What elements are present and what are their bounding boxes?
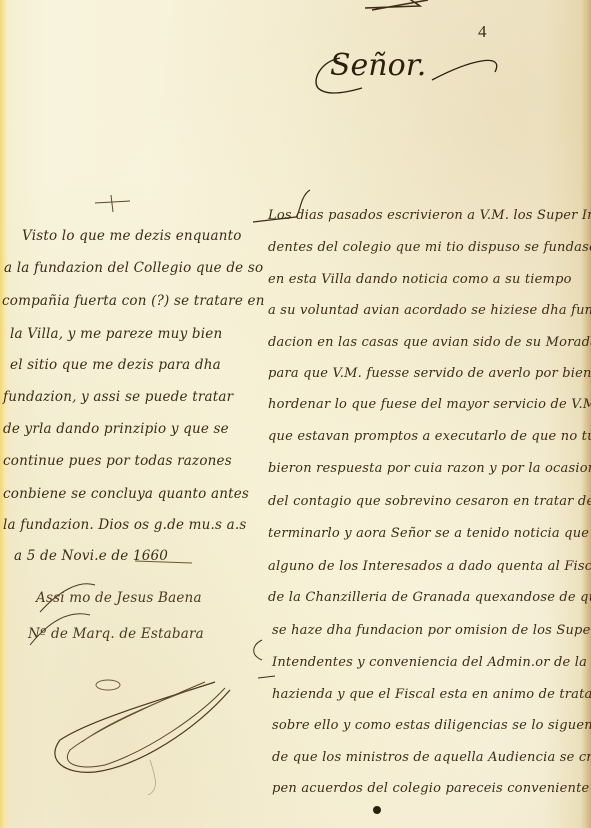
letter-line: que estavan promptos a executarlo de que… — [268, 429, 591, 444]
page-binding-edge — [0, 0, 8, 828]
decree-line: a la fundazion del Collegio que de so — [4, 260, 263, 276]
decree-date: a 5 de Novi.e de 1660 — [14, 548, 168, 564]
decree-line: Visto lo que me dezis enquanto — [22, 228, 242, 244]
letter-line: para que V.M. fuesse servido de averlo p… — [268, 366, 591, 381]
letter-line: hordenar lo que fuese del mayor servicio… — [268, 397, 591, 412]
decree-line: de yrla dando prinzipio y que se — [3, 421, 229, 437]
decree-line: la Villa, y me pareze muy bien — [10, 326, 222, 342]
manuscript-page: 4 Señor. Visto lo que me dezis enquanto … — [0, 0, 591, 828]
decree-line: conbiene se concluya quanto antes — [3, 486, 249, 502]
folio-number: 4 — [478, 22, 487, 42]
letter-line: terminarlo y aora Señor se a tenido noti… — [268, 526, 589, 541]
letter-line: dentes del colegio que mi tio dispuso se… — [268, 240, 591, 255]
letter-line: alguno de los Interesados a dado quenta … — [268, 559, 591, 574]
decree-line: compañia fuerta con (?) se tratare en — [2, 293, 265, 309]
letter-line: hazienda y que el Fiscal esta en animo d… — [272, 687, 591, 702]
pen-flourishes-icon — [0, 0, 591, 828]
letter-line: sobre ello y como estas diligencias se l… — [272, 718, 591, 733]
letter-line: del contagio que sobrevino cesaron en tr… — [268, 494, 591, 509]
letter-line: en esta Villa dando noticia como a su ti… — [268, 272, 572, 287]
salutation-heading: Señor. — [330, 48, 426, 83]
letter-line: a su voluntad avian acordado se hiziese … — [268, 303, 591, 318]
decree-line: el sitio que me dezis para dha — [10, 357, 221, 373]
letter-line: pen acuerdos del colegio pareceis conven… — [272, 781, 589, 796]
page-right-edge — [581, 0, 591, 828]
letter-line: de que los ministros de aquella Audienci… — [272, 750, 591, 765]
decree-line: continue pues por todas razones — [3, 453, 232, 469]
letter-line: se haze dha fundacion por omision de los… — [272, 623, 591, 638]
letter-line: bieron respuesta por cuia razon y por la… — [268, 461, 591, 476]
letter-line: dacion en las casas que avian sido de su… — [268, 335, 591, 350]
decree-line: fundazion, y assi se puede tratar — [3, 389, 233, 405]
letter-line: Intendentes y conveniencia del Admin.or … — [272, 655, 587, 670]
signature: Nº de Marq. de Estabara — [28, 626, 204, 642]
decree-line: la fundazion. Dios os g.de mu.s a.s — [3, 517, 247, 533]
signature: Assi mo de Jesus Baena — [36, 590, 202, 606]
letter-line: Los dias pasados escrivieron a V.M. los … — [268, 208, 591, 223]
letter-line: de la Chanzilleria de Granada quexandose… — [268, 590, 591, 605]
